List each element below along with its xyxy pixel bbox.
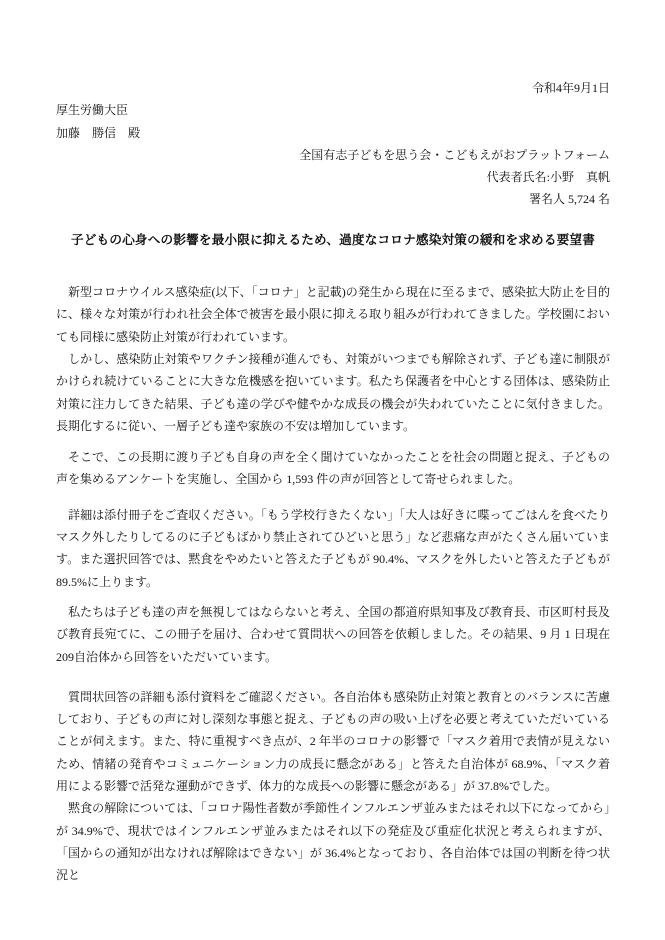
body-paragraph-survey-results: 詳細は添付冊子をご査収ください。「もう学校行きたくない」「大人は好きに喋ってごは… (56, 504, 610, 593)
signature-count: 署名人 5,724 名 (56, 188, 610, 210)
body-paragraph-silent-eating: 黙食の解除については、「コロナ陽性者数が季節性インフルエンザ並みまたはそれ以下に… (56, 797, 610, 886)
sender-representative: 代表者氏名:小野 真帆 (56, 166, 610, 188)
body-paragraph-survey: そこで、この長期に渡り子ども自身の声を全く聞けていなかったことを社会の問題と捉え… (56, 446, 610, 491)
body-paragraph-intro: 新型コロナウイルス感染症(以下、「コロナ」と記載)の発生から現在に至るまで、感染… (56, 281, 610, 348)
body-paragraph-booklet-delivery: 私たちは子ども達の声を無視してはならないと考え、全国の都道府県知事及び教育長、市… (56, 601, 610, 668)
sender-organization: 全国有志子どもを思う会・こどもえがおプラットフォーム (56, 144, 610, 166)
recipient-name: 加藤 勝信 殿 (56, 122, 610, 144)
body-paragraph-concern: しかし、感染防止対策やワクチン接種が進んでも、対策がいつまでも解除されず、子ども… (56, 348, 610, 437)
document-page: 令和4年9月1日 厚生労働大臣 加藤 勝信 殿 全国有志子どもを思う会・こどもえ… (0, 0, 665, 940)
document-date: 令和4年9月1日 (56, 77, 610, 99)
recipient-title: 厚生労働大臣 (56, 99, 610, 121)
document-title: 子どもの心身への影響を最小限に抑えるため、過度なコロナ感染対策の緩和を求める要望… (56, 229, 610, 251)
body-paragraph-questionnaire-details: 質問状回答の詳細も添付資料をご確認ください。各自治体も感染防止対策と教育とのバラ… (56, 686, 610, 797)
